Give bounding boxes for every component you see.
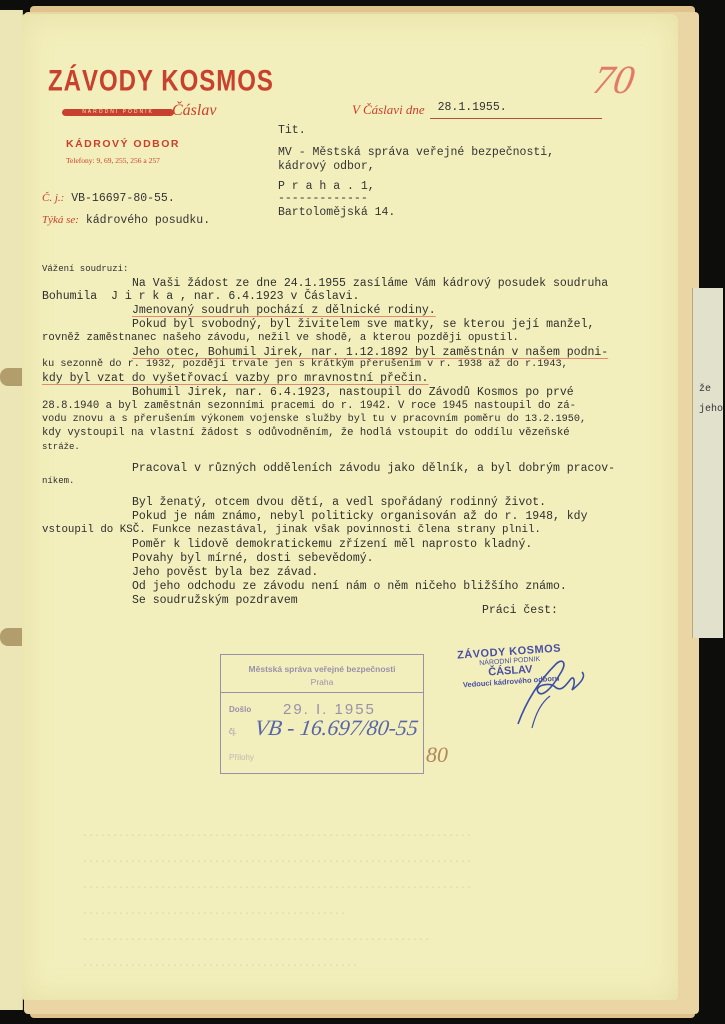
letter-line: rovněž zaměstnanec našeho závodu, nežil …: [42, 332, 519, 344]
letter-line: Pracoval v různých odděleních závodu jak…: [132, 462, 615, 475]
bleed-through-text: ........................................…: [82, 822, 472, 978]
letter-line: Povahy byl mírné, dosti sebevědomý.: [132, 552, 374, 565]
adjacent-page-fragment: že: [699, 384, 711, 395]
letter-line: Bohumil Jirek, nar. 6.4.1923, nastoupil …: [132, 386, 574, 399]
letter-line: Poměr k lidově demokratickemu zřízení mě…: [132, 538, 532, 551]
binding-edge: [0, 10, 23, 1010]
handwritten-note: 80: [426, 742, 448, 768]
company-logo: ZÁVODY KOSMOS NÁRODNÍ PODNIK Čáslav: [48, 64, 274, 92]
attachments-label: Přílohy: [229, 753, 254, 762]
adjacent-page-fragment: jeho: [699, 404, 723, 415]
letter-line: Jmenovaný soudruh pochází z dělnické rod…: [132, 304, 436, 317]
letter-line: ku sezonně do r. 1932, později trvale je…: [42, 359, 568, 370]
letter-line: Jeho otec, Bohumil Jirek, nar. 1.12.1892…: [132, 346, 608, 359]
letter-line: stráže.: [42, 442, 80, 452]
letter-line: Se soudružským pozdravem: [132, 594, 298, 607]
letter-closing: Práci čest:: [482, 604, 558, 617]
letter-line: Od jeho odchodu ze závodu není nám o něm…: [132, 580, 567, 593]
recipient-salutation: Tit.: [278, 124, 306, 137]
date-value: 28.1.1955.: [438, 101, 507, 114]
letter-greeting: Vážení soudruzi:: [42, 264, 128, 274]
adjacent-page-edge: že jeho: [692, 288, 723, 638]
recipient-street: Bartolomějská 14.: [278, 206, 395, 219]
recipient-dashes: -------------: [278, 192, 368, 205]
recipient-line-1: MV - Městská správa veřejné bezpečnosti,: [278, 146, 554, 159]
handwritten-file-number: VB - 16.697/80-55: [253, 715, 420, 741]
letter-line: Bohumila J i r k a , nar. 6.4.1923 v Čás…: [42, 290, 359, 303]
company-band: NÁRODNÍ PODNIK: [62, 109, 174, 116]
recipient-line-2: kádrový odbor,: [278, 160, 375, 173]
department-title: KÁDROVÝ ODBOR: [66, 138, 180, 150]
letter-line: kdy byl vzat do vyšetřovací vazby pro mr…: [42, 372, 428, 385]
company-name: ZÁVODY KOSMOS: [48, 64, 274, 99]
receipt-stamp: Městská správa veřejné bezpečnosti Praha…: [220, 654, 424, 774]
reference-subject: Týká se: kádrového posudku.: [42, 214, 210, 227]
letter-line: níkem.: [42, 476, 74, 486]
handwritten-page-number: 70: [590, 56, 638, 103]
letter-line: Pokud je nám známo, nebyl politicky orga…: [132, 510, 587, 523]
reference-number: Č. j.: VB-16697-80-55.: [42, 192, 175, 205]
letter-line: kdy vystoupil na vlastní žádost s odůvod…: [42, 427, 570, 439]
letter-line: 28.8.1940 a byl zaměstnán sezonními prac…: [42, 400, 576, 412]
date-line: V Čáslavi dne 28.1.1955.: [352, 102, 507, 118]
number-label: čj.: [229, 727, 237, 736]
receipt-stamp-header: Městská správa veřejné bezpečnosti Praha: [221, 655, 423, 693]
signature-icon: [512, 652, 592, 732]
received-label: Došlo: [229, 705, 251, 714]
letter-line: Na Vaši žádost ze dne 24.1.1955 zasíláme…: [132, 277, 608, 290]
document-page: ZÁVODY KOSMOS NÁRODNÍ PODNIK Čáslav KÁDR…: [22, 14, 678, 1000]
date-rule: [430, 118, 602, 119]
letter-line: Byl ženatý, otcem dvou dětí, a vedl spoř…: [132, 496, 546, 509]
letter-line: vodu znovu a s přerušením výkonem vojens…: [42, 414, 586, 425]
letter-line: Pokud byl svobodný, byl živitelem sve ma…: [132, 318, 594, 331]
phone-numbers: Telefony: 9, 69, 255, 256 a 257: [66, 156, 160, 165]
company-city: Čáslav: [172, 102, 216, 120]
letter-line: Jeho pověst byla bez závad.: [132, 566, 318, 579]
letter-line: vstoupil do KSČ. Funkce nezastával, jina…: [42, 524, 541, 536]
